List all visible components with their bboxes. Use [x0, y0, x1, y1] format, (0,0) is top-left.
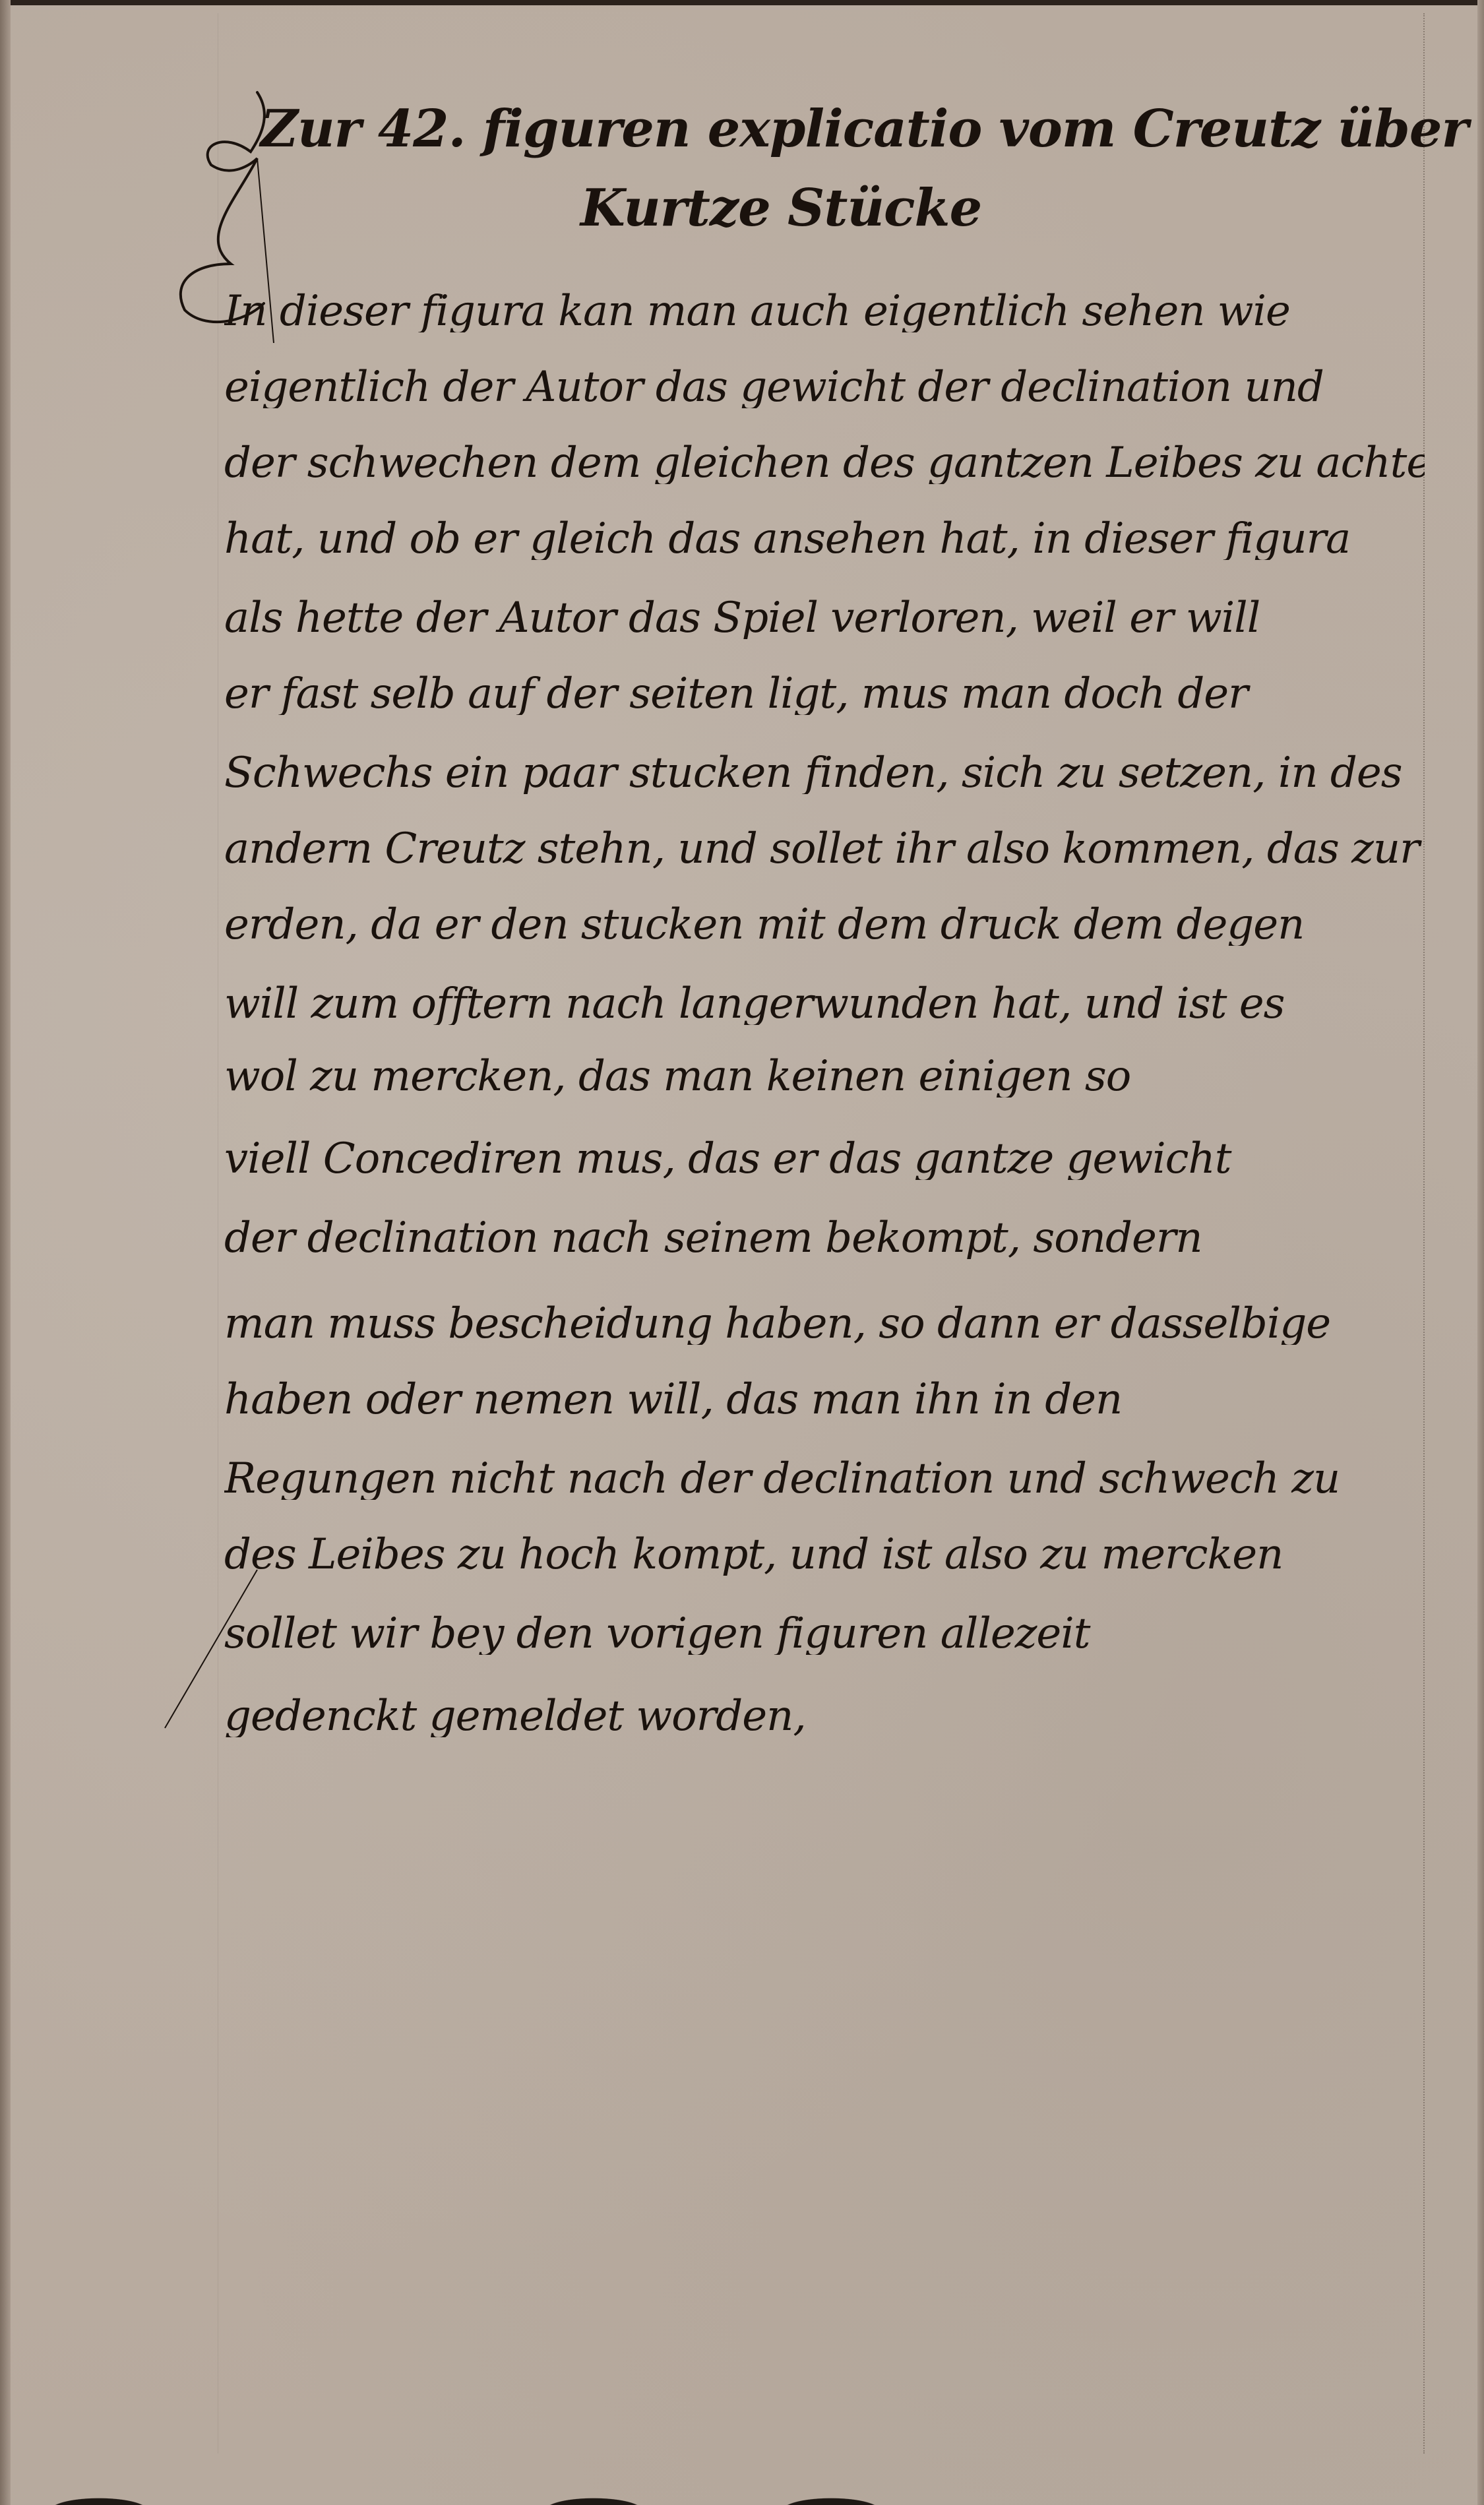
text-line: will zum offtern nach langerwunden hat, … — [224, 983, 1425, 1025]
text-line: gedenckt gemeldet worden, — [224, 1695, 1425, 1737]
text-line: haben oder nemen will, das man ihn in de… — [224, 1378, 1425, 1421]
page-left-edge — [0, 0, 11, 2505]
text-line: Schwechs ein paar stucken finden, sich z… — [224, 752, 1425, 794]
text-line: er fast selb auf der seiten ligt, mus ma… — [224, 673, 1425, 715]
text-line: als hette der Autor das Spiel verloren, … — [224, 597, 1425, 639]
manuscript-page: Zur 42. figuren explicatio vom Creutz üb… — [0, 0, 1484, 2505]
page-right-edge — [1477, 0, 1484, 2505]
text-line: sollet wir bey den vorigen figuren allez… — [224, 1613, 1425, 1655]
text-line: des Leibes zu hoch kompt, und ist also z… — [224, 1533, 1425, 1576]
text-line: eigentlich der Autor das gewicht der dec… — [224, 366, 1425, 408]
page-top-edge — [0, 0, 1484, 5]
text-line: der schwechen dem gleichen des gantzen L… — [224, 442, 1425, 484]
heading-line-2: Kurtze Stücke — [580, 178, 981, 238]
text-line: man muss bescheidung haben, so dann er d… — [224, 1303, 1425, 1345]
text-line: hat, und ob er gleich das ansehen hat, i… — [224, 518, 1425, 560]
page-bottom-edge — [0, 2490, 1484, 2505]
text-line: Regungen nicht nach der declination und … — [224, 1458, 1425, 1500]
text-line: wol zu mercken, das man keinen einigen s… — [224, 1055, 1425, 1098]
heading-line-1: Zur 42. figuren explicatio vom Creutz üb… — [261, 99, 1484, 159]
heading-text-1: Zur 42. figuren explicatio vom Creutz üb… — [261, 99, 1484, 159]
text-line: erden, da er den stucken mit dem druck d… — [224, 904, 1425, 946]
margin-pen-stroke-icon — [158, 1563, 264, 1735]
left-margin-rule — [218, 13, 218, 2454]
text-line: viell Concediren mus, das er das gantze … — [224, 1138, 1425, 1180]
text-line: In dieser figura kan man auch eigentlich… — [224, 290, 1425, 332]
heading-text-2: Kurtze Stücke — [580, 178, 981, 238]
text-line: der declination nach seinem bekompt, son… — [224, 1217, 1425, 1259]
text-line: andern Creutz stehn, und sollet ihr also… — [224, 828, 1425, 870]
